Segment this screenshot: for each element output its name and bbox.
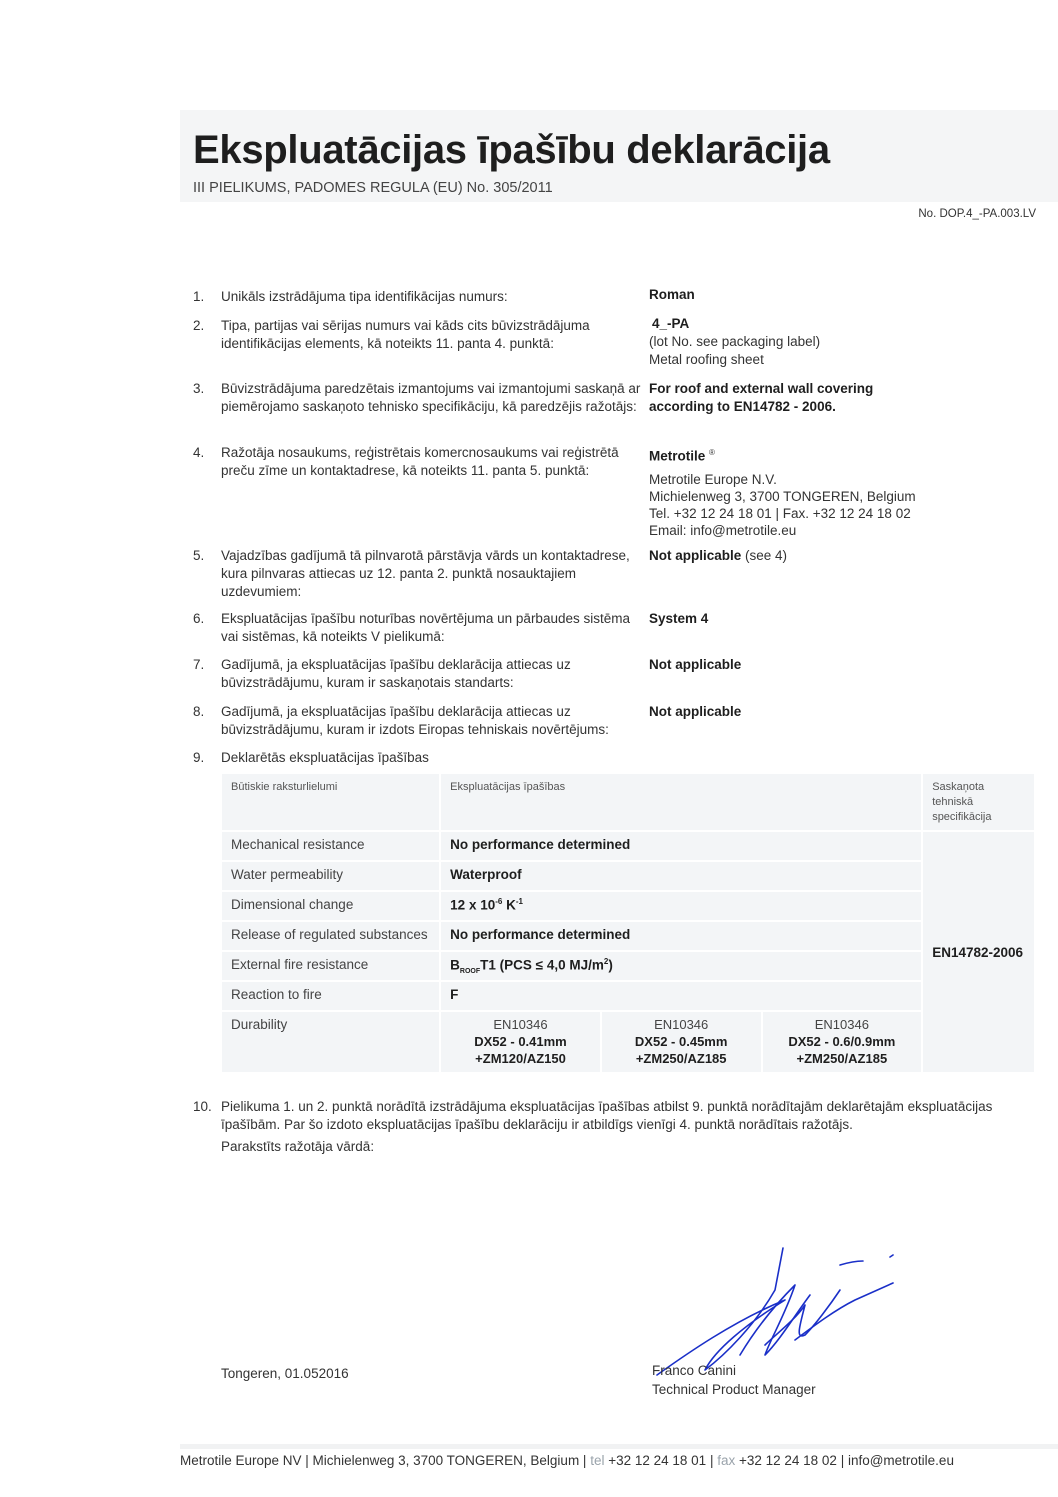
item-value: 4_-PA — [652, 316, 689, 331]
performance-cell: No performance determined — [440, 921, 922, 951]
table-row: Dimensional change 12 x 10-6 K-1 — [221, 891, 1035, 921]
characteristic-cell: Dimensional change — [221, 891, 440, 921]
table-row: Reaction to fire F — [221, 981, 1035, 1011]
characteristic-cell: External fire resistance — [221, 951, 440, 981]
performance-cell: 12 x 10-6 K-1 — [440, 891, 922, 921]
performance-table: Būtiskie raksturlielumi Ekspluatācijas ī… — [220, 772, 1036, 1074]
header-characteristics: Būtiskie raksturlielumi — [221, 773, 440, 831]
item-label: Unikāls izstrādājuma tipa identifikācija… — [221, 288, 641, 306]
signer-name: Franco Canini — [652, 1363, 736, 1378]
header-spec: Saskaņota tehniskā specifikācija — [922, 773, 1035, 831]
manufacturer-company: Metrotile Europe N.V. — [649, 471, 949, 488]
manufacturer-address: Michielenweg 3, 3700 TONGEREN, Belgium — [649, 488, 949, 505]
item-label: Vajadzības gadījumā tā pilnvarotā pārstā… — [221, 547, 641, 601]
item-number: 4. — [193, 444, 219, 462]
item-value-line: Metal roofing sheet — [649, 352, 764, 367]
item-label: Gadījumā, ja ekspluatācijas īpašību dekl… — [221, 703, 641, 739]
item-number: 9. — [193, 749, 219, 767]
table-header-row: Būtiskie raksturlielumi Ekspluatācijas ī… — [221, 773, 1035, 831]
durability-option: EN10346 DX52 - 0.41mm +ZM120/AZ150 — [440, 1011, 601, 1073]
item-value: Roman — [649, 287, 695, 302]
spec-cell: EN14782-2006 — [922, 831, 1035, 1073]
item-label: Ražotāja nosaukums, reģistrētais komercn… — [221, 444, 641, 480]
footer-band — [180, 1444, 1058, 1449]
table-row: Durability EN10346 DX52 - 0.41mm +ZM120/… — [221, 1011, 1035, 1073]
footer-fax-label: fax — [717, 1453, 735, 1468]
table-row: Mechanical resistance No performance det… — [221, 831, 1035, 861]
item-number: 2. — [193, 317, 219, 335]
page-title: Ekspluatācijas īpašību deklarācija — [193, 128, 830, 173]
place-date: Tongeren, 01.052016 — [221, 1366, 349, 1381]
item-value: System 4 — [649, 611, 708, 626]
item-value-line: (lot No. see packaging label) — [649, 334, 820, 349]
footer-tel-label: tel — [590, 1453, 604, 1468]
regulation-subtitle: III PIELIKUMS, PADOMES REGULA (EU) No. 3… — [193, 180, 553, 196]
item-label: Ekspluatācijas īpašību noturības novērtē… — [221, 610, 641, 646]
item-label: Gadījumā, ja ekspluatācijas īpašību dekl… — [221, 656, 641, 692]
item-label: Deklarētās ekspluatācijas īpašības — [221, 749, 721, 767]
manufacturer-name: Metrotile — [649, 449, 705, 464]
signed-on-behalf: Parakstīts ražotāja vārdā: — [221, 1139, 374, 1154]
item-label: Būvizstrādājuma paredzētais izmantojums … — [221, 380, 641, 416]
document-number: No. DOP.4_-PA.003.LV — [918, 208, 1036, 220]
item-number: 7. — [193, 656, 219, 674]
performance-cell: BROOFT1 (PCS ≤ 4,0 MJ/m2) — [440, 951, 922, 981]
footer-fax-email: +32 12 24 18 02 | info@metrotile.eu — [735, 1453, 954, 1468]
footer: Metrotile Europe NV | Michielenweg 3, 37… — [180, 1453, 954, 1468]
manufacturer-phone: Tel. +32 12 24 18 01 | Fax. +32 12 24 18… — [649, 505, 949, 522]
manufacturer-email: Email: info@metrotile.eu — [649, 522, 949, 539]
performance-cell: Waterproof — [440, 861, 922, 891]
item-label: Tipa, partijas vai sērijas numurs vai kā… — [221, 317, 641, 353]
header-performance: Ekspluatācijas īpašības — [440, 773, 922, 831]
item-number: 3. — [193, 380, 219, 398]
registered-mark: ® — [709, 448, 715, 457]
characteristic-cell: Release of regulated substances — [221, 921, 440, 951]
table-row: Water permeability Waterproof — [221, 861, 1035, 891]
characteristic-cell: Reaction to fire — [221, 981, 440, 1011]
item-number: 1. — [193, 288, 219, 306]
characteristic-cell: Water permeability — [221, 861, 440, 891]
item-value-suffix: (see 4) — [741, 548, 787, 563]
item-value: For roof and external wall covering acco… — [649, 381, 873, 414]
item-number: 8. — [193, 703, 219, 721]
signer-title: Technical Product Manager — [652, 1382, 816, 1397]
characteristic-cell: Mechanical resistance — [221, 831, 440, 861]
item-number: 10. — [193, 1098, 212, 1116]
performance-cell: F — [440, 981, 922, 1011]
table-row: Release of regulated substances No perfo… — [221, 921, 1035, 951]
signature-image — [645, 1245, 905, 1380]
characteristic-cell: Durability — [221, 1011, 440, 1073]
item-value: Not applicable — [649, 657, 741, 672]
durability-option: EN10346 DX52 - 0.45mm +ZM250/AZ185 — [601, 1011, 762, 1073]
conformity-statement: Pielikuma 1. un 2. punktā norādītā izstr… — [221, 1098, 1023, 1134]
item-number: 5. — [193, 547, 219, 565]
footer-tel: +32 12 24 18 01 | — [604, 1453, 717, 1468]
durability-option: EN10346 DX52 - 0.6/0.9mm +ZM250/AZ185 — [762, 1011, 923, 1073]
item-number: 6. — [193, 610, 219, 628]
item-value: Not applicable — [649, 704, 741, 719]
performance-cell: No performance determined — [440, 831, 922, 861]
table-row: External fire resistance BROOFT1 (PCS ≤ … — [221, 951, 1035, 981]
item-10: 10. Pielikuma 1. un 2. punktā norādītā i… — [193, 1098, 1023, 1134]
footer-company: Metrotile Europe NV | Michielenweg 3, 37… — [180, 1453, 590, 1468]
item-value: Not applicable — [649, 548, 741, 563]
